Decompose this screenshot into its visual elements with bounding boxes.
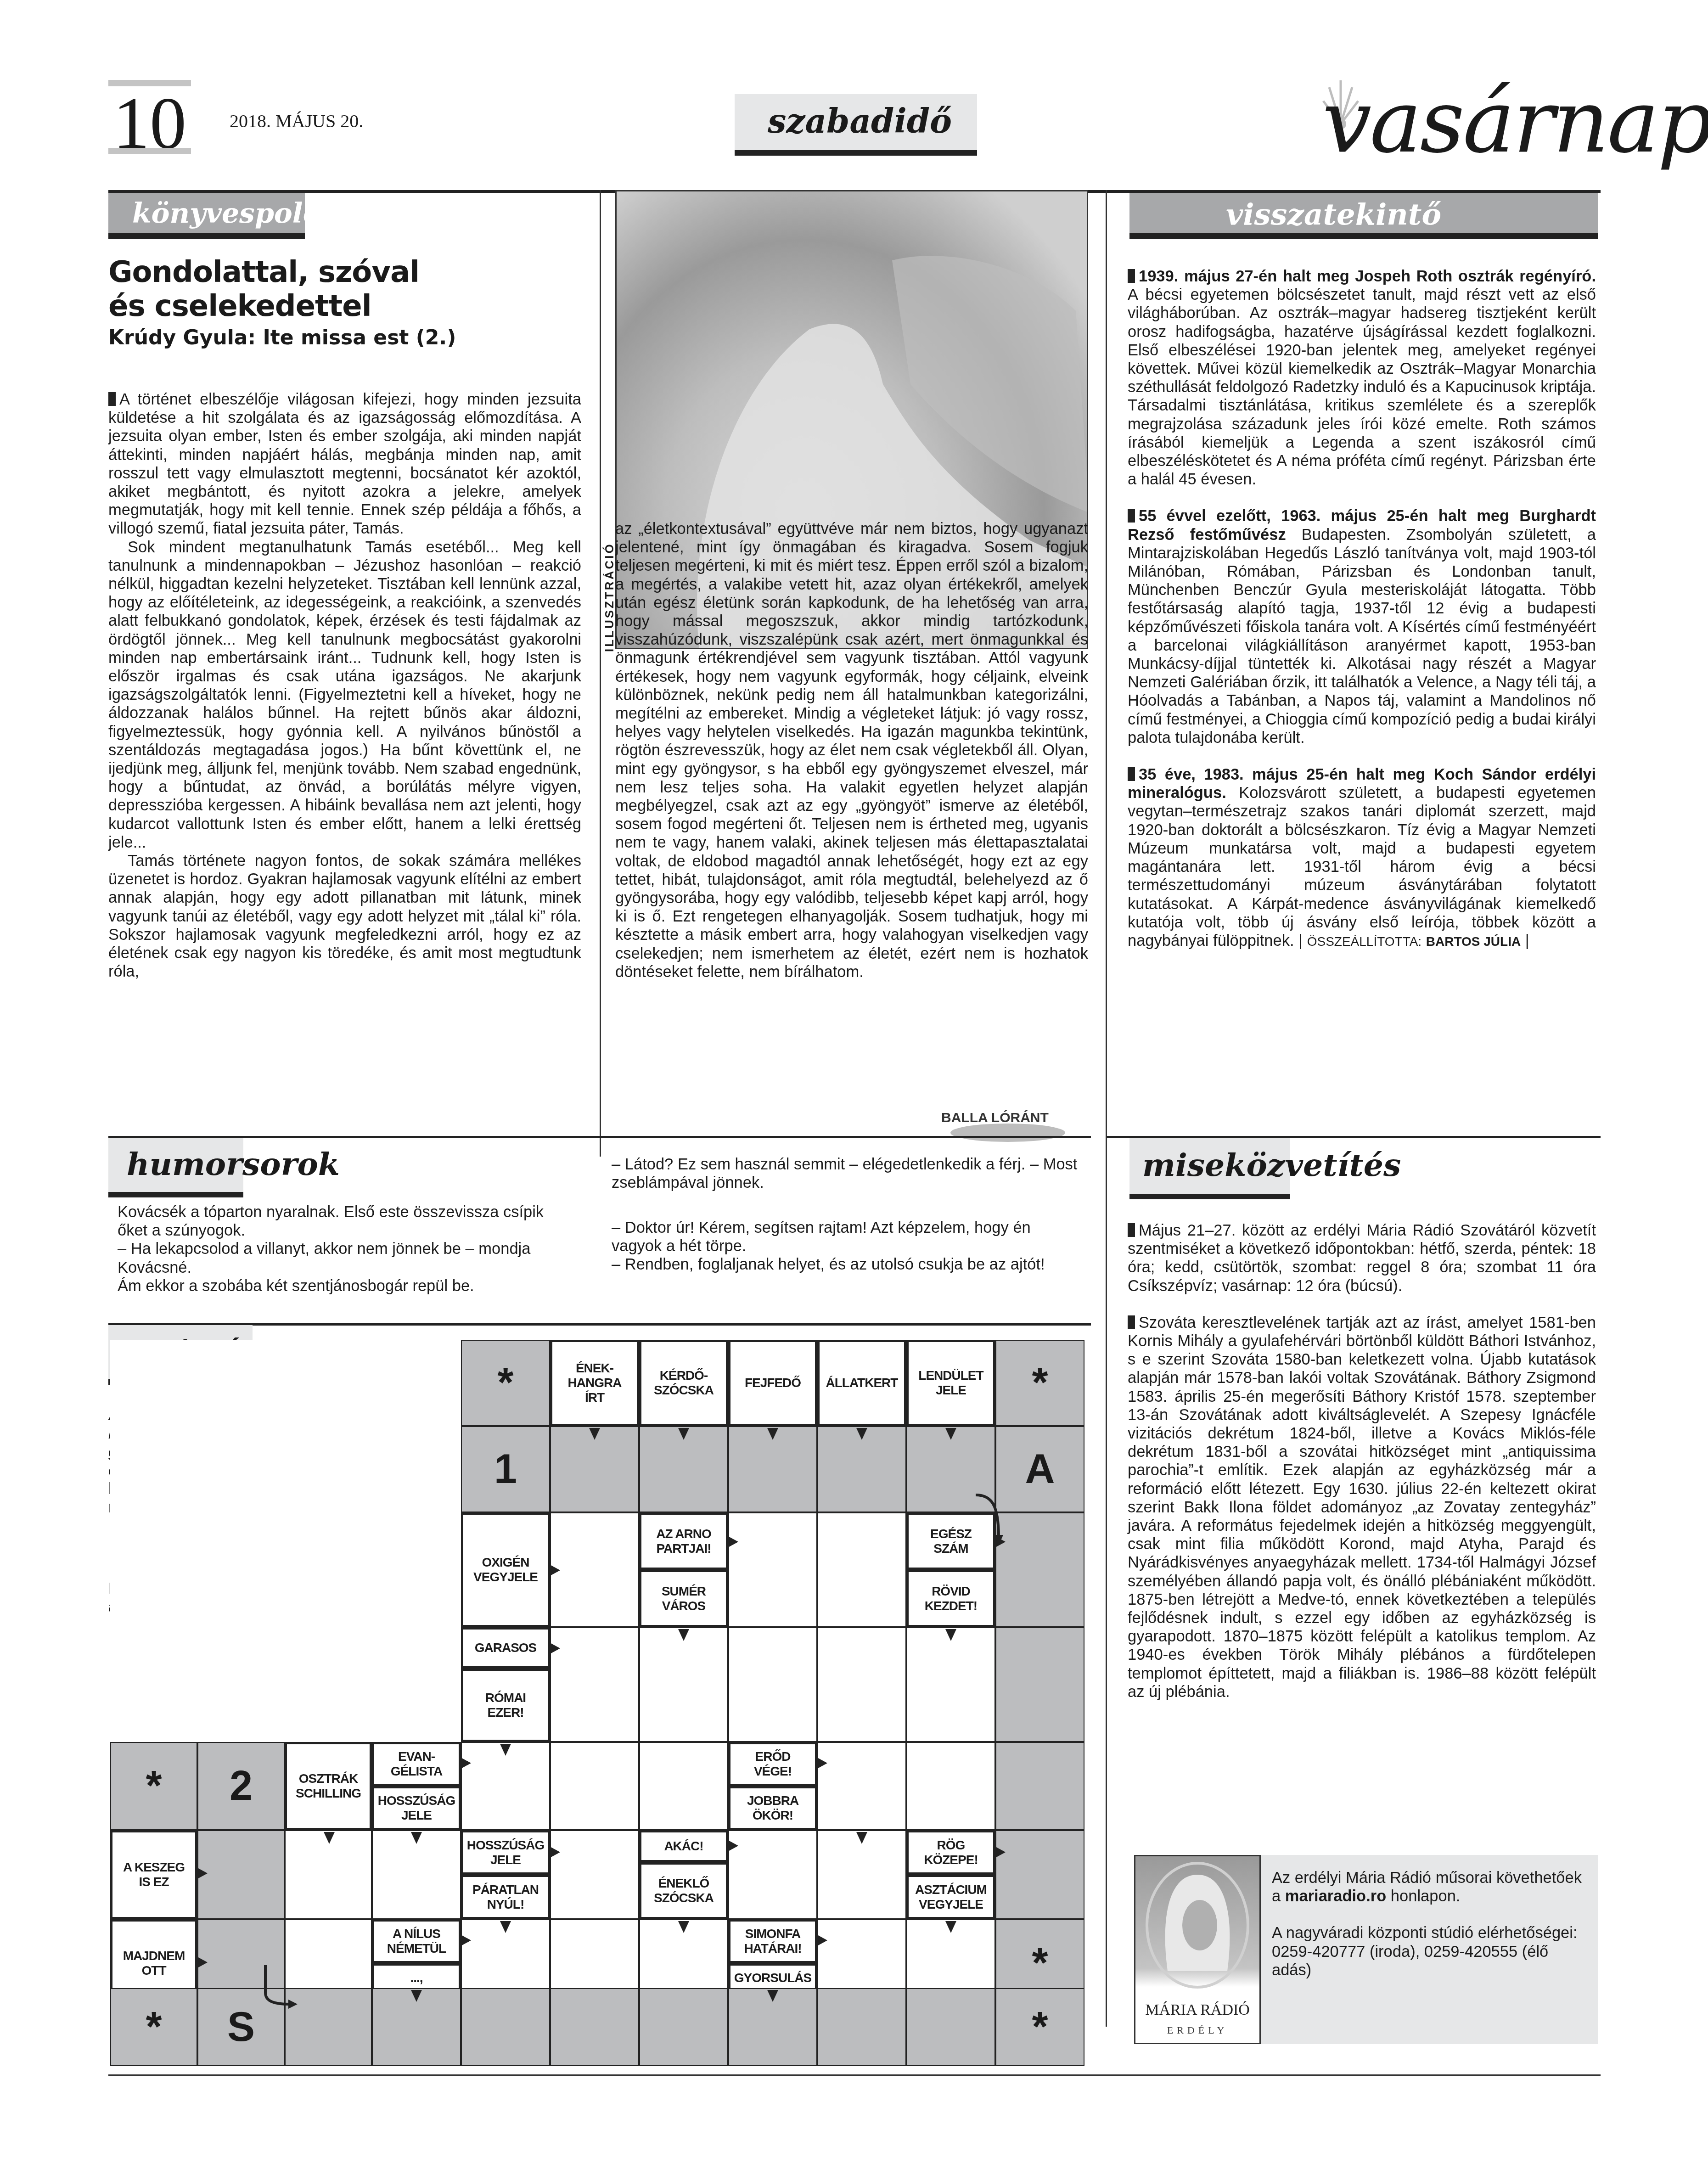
crossword-clue: SIMONFA HATÁRAI! bbox=[728, 1919, 817, 1963]
crossword-answer-cell[interactable] bbox=[817, 1512, 906, 1627]
crossword-answer-cell[interactable] bbox=[728, 1830, 817, 1919]
puzzle-top-rule bbox=[108, 1323, 1091, 1326]
crossword-clue: ÁLLATKERT bbox=[817, 1340, 906, 1426]
crossword-answer-cell[interactable] bbox=[550, 1742, 639, 1830]
crossword-clue: RÖG KÖZEPE! bbox=[906, 1830, 995, 1875]
column-divider-left bbox=[600, 190, 601, 1157]
paragraph-bullet-icon bbox=[1128, 1315, 1135, 1329]
article-body-left: A történet elbeszélője világosan kifejez… bbox=[108, 390, 581, 981]
crossword-clue: AZ ARNO PARTJAI! bbox=[639, 1512, 728, 1570]
radio-logo-image: MÁRIA RÁDIÓ ERDÉLY bbox=[1134, 1855, 1261, 2044]
section-tab-mass: miseközvetítés bbox=[1129, 1138, 1290, 1199]
arrow-down-icon bbox=[411, 1990, 422, 2002]
crossword-clue: ERŐD VÉGE! bbox=[728, 1742, 817, 1786]
crossword-answer-cell[interactable] bbox=[728, 1627, 817, 1742]
retrospective-body: 1939. május 27-én halt meg Jospeh Roth o… bbox=[1128, 267, 1596, 951]
crossword-clue: ASZTÁCIUM VEGYJELE bbox=[906, 1875, 995, 1919]
arrow-down-icon bbox=[324, 1832, 335, 1844]
crossword-clue: PÁRATLAN NYÚL! bbox=[461, 1875, 550, 1919]
crossword-clue: A KESZEG IS EZ bbox=[110, 1830, 197, 1919]
crossword-clue: RÓMAI EZER! bbox=[461, 1669, 550, 1742]
crossword-answer-cell[interactable] bbox=[550, 1627, 639, 1742]
crossword-clue: OXIGÉN VEGYJELE bbox=[461, 1512, 550, 1627]
crossword-clue: KÉRDŐ- SZÓCSKA bbox=[639, 1340, 728, 1426]
crossword-star-cell: * bbox=[110, 1988, 197, 2066]
byline-decoration bbox=[950, 1124, 1065, 1142]
humor-joke-2: – Doktor úr! Kérem, segítsen rajtam! Azt… bbox=[612, 1219, 1080, 1274]
crossword-clue: GARASOS bbox=[461, 1627, 550, 1669]
crossword-clue: OSZTRÁK SCHILLING bbox=[285, 1742, 372, 1830]
crossword-clue: A NÍLUS NÉMETÜL bbox=[372, 1919, 461, 1963]
page-number-bottom-bar bbox=[108, 148, 191, 154]
crossword-answer-cell[interactable] bbox=[639, 1627, 728, 1742]
crossword-clue: RÖVID KEZDET! bbox=[906, 1570, 995, 1627]
madonna-icon bbox=[1135, 1856, 1259, 1989]
crossword-clue: ÉNEK- HANGRA ÍRT bbox=[550, 1340, 639, 1426]
arrow-down-icon bbox=[500, 1744, 511, 1756]
crossword-answer-cell[interactable] bbox=[728, 1512, 817, 1627]
humor-joke-1-punchline: – Látod? Ez sem használ semmit – elégede… bbox=[612, 1155, 1080, 1192]
curved-arrow-icon bbox=[973, 1491, 1010, 1546]
arrow-down-icon bbox=[678, 1629, 689, 1641]
paragraph-bullet-icon bbox=[108, 392, 116, 406]
arrow-down-icon bbox=[411, 1832, 422, 1844]
crossword-clue: HOSSZÚSÁG JELE bbox=[461, 1830, 550, 1875]
arrow-right-icon bbox=[728, 1536, 738, 1547]
paragraph-bullet-icon bbox=[1128, 509, 1135, 523]
crossword-star-cell: * bbox=[995, 1340, 1084, 1426]
masthead-logo: vasárnap bbox=[1322, 78, 1598, 170]
arrow-right-icon bbox=[550, 1643, 560, 1654]
arrow-right-icon bbox=[817, 1758, 827, 1769]
crossword-number-cell: 2 bbox=[197, 1742, 285, 1830]
arrow-down-icon bbox=[589, 1428, 600, 1440]
section-tab-retrospective: visszatekintő bbox=[1129, 193, 1598, 239]
arrow-right-icon bbox=[550, 1565, 560, 1576]
crossword-answer-cell[interactable] bbox=[817, 1988, 906, 2066]
crossword-answer-cell[interactable] bbox=[550, 1988, 639, 2066]
crossword-answer-cell[interactable] bbox=[995, 1830, 1084, 1919]
section-label: szabadidő bbox=[735, 94, 977, 156]
crossword-grid: * ÉNEK- HANGRA ÍRT KÉRDŐ- SZÓCSKA FEJFED… bbox=[110, 1340, 1074, 2029]
humor-joke-1: Kovácsék a tóparton nyaralnak. Első este… bbox=[118, 1203, 558, 1295]
crossword-clue: AKÁC! bbox=[639, 1830, 728, 1862]
crossword-clue: HOSSZÚSÁG JELE bbox=[372, 1786, 461, 1830]
crossword-answer-cell[interactable] bbox=[995, 1627, 1084, 1742]
radio-website-link[interactable]: mariaradio.ro bbox=[1285, 1888, 1387, 1905]
article-subheadline: Krúdy Gyula: Ite missa est (2.) bbox=[108, 326, 456, 349]
humor-top-rule bbox=[108, 1136, 1091, 1138]
section-tab-bookshelf: könyvespolc bbox=[108, 193, 305, 239]
arrow-down-icon bbox=[856, 1832, 867, 1844]
section-tab-humor: humorsorok bbox=[108, 1138, 243, 1197]
crossword-answer-cell[interactable] bbox=[461, 1988, 550, 2066]
arrow-down-icon bbox=[945, 1629, 956, 1641]
crossword-clue: FEJFEDŐ bbox=[728, 1340, 817, 1426]
paragraph-bullet-icon bbox=[1128, 1223, 1135, 1237]
arrow-down-icon bbox=[767, 1990, 778, 2002]
column-divider-right bbox=[1106, 190, 1107, 2027]
article-headline: Gondolattal, szóval és cselekedettel bbox=[108, 255, 590, 323]
issue-date: 2018. MÁJUS 20. bbox=[230, 110, 363, 132]
photo-credit: ILLUSZTRÁCIÓ bbox=[602, 542, 617, 652]
crossword-clue: ÉNEKLŐ SZÓCSKA bbox=[639, 1862, 728, 1919]
arrow-down-icon bbox=[945, 1428, 956, 1440]
arrow-down-icon bbox=[678, 1428, 689, 1440]
crossword-answer-cell[interactable] bbox=[995, 1742, 1084, 1830]
arrow-down-icon bbox=[500, 1921, 511, 1933]
arrow-right-icon bbox=[728, 1840, 738, 1851]
arrow-right-icon bbox=[550, 1847, 560, 1858]
crossword-answer-cell[interactable] bbox=[906, 1988, 995, 2066]
crossword-clue: EVAN- GÉLISTA bbox=[372, 1742, 461, 1786]
crossword-clue: JOBBRA ÖKÖR! bbox=[728, 1786, 817, 1830]
bottom-rule bbox=[108, 2074, 1601, 2076]
arrow-down-icon bbox=[678, 1921, 689, 1933]
mass-body: Május 21–27. között az erdélyi Mária Rád… bbox=[1128, 1221, 1596, 1701]
radio-ad: MÁRIA RÁDIÓ ERDÉLY Az erdélyi Mária Rádi… bbox=[1134, 1855, 1598, 2044]
paragraph-bullet-icon bbox=[1128, 767, 1135, 781]
crossword-clue: LENDÜLET JELE bbox=[906, 1340, 995, 1426]
crossword-answer-cell[interactable] bbox=[639, 1742, 728, 1830]
crossword-star-cell: * bbox=[461, 1340, 550, 1426]
article-body-middle: az „életkontextusával” együttvéve már ne… bbox=[615, 520, 1088, 981]
crossword-answer-cell[interactable] bbox=[817, 1627, 906, 1742]
arrow-right-icon bbox=[197, 1957, 208, 1968]
arrow-right-icon bbox=[461, 1758, 471, 1769]
radio-logo-subtext: ERDÉLY bbox=[1135, 2024, 1259, 2036]
arrow-right-icon bbox=[197, 1868, 208, 1879]
arrow-down-icon bbox=[767, 1428, 778, 1440]
crossword-star-cell: * bbox=[110, 1742, 197, 1830]
article-byline: BALLA LÓRÁNT bbox=[941, 1110, 1049, 1126]
radio-logo-text: MÁRIA RÁDIÓ bbox=[1135, 2001, 1259, 2019]
crossword-number-cell: 1 bbox=[461, 1426, 550, 1512]
radio-ad-text: Az erdélyi Mária Rádió műsorai követhető… bbox=[1272, 1869, 1589, 1979]
crossword-star-cell: * bbox=[995, 1988, 1084, 2066]
crossword-answer-cell[interactable] bbox=[550, 1512, 639, 1627]
curved-arrow-icon bbox=[262, 1965, 298, 2011]
crossword-answer-cell[interactable] bbox=[639, 1988, 728, 2066]
crossword-answer-cell[interactable] bbox=[906, 1627, 995, 1742]
arrow-right-icon bbox=[995, 1847, 1006, 1858]
crossword-answer-cell[interactable] bbox=[817, 1742, 906, 1830]
crossword-answer-cell[interactable] bbox=[197, 1830, 285, 1919]
crossword-answer-cell[interactable] bbox=[906, 1742, 995, 1830]
arrow-right-icon bbox=[461, 1935, 471, 1946]
arrow-down-icon bbox=[856, 1428, 867, 1440]
crossword-solution-row: * S * bbox=[110, 1988, 1084, 2066]
crossword-answer-cell[interactable] bbox=[550, 1830, 639, 1919]
paragraph-bullet-icon bbox=[1128, 269, 1135, 283]
arrow-down-icon bbox=[945, 1921, 956, 1933]
crossword-clue: SUMÉR VÁROS bbox=[639, 1570, 728, 1627]
arrow-right-icon bbox=[817, 1935, 827, 1946]
